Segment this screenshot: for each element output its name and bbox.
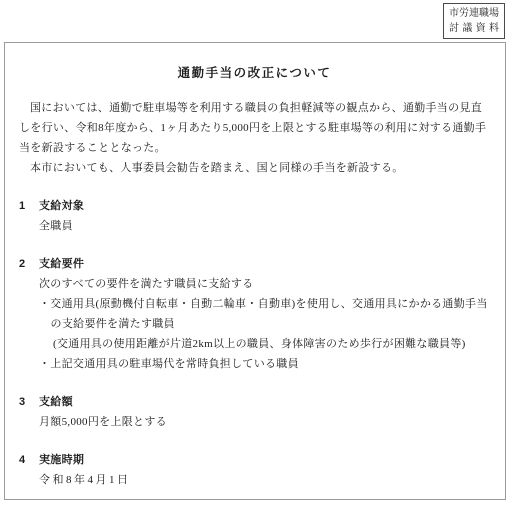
- section-heading-label: 支給額: [39, 396, 73, 408]
- section-number: 3: [19, 392, 39, 412]
- document-body: 通勤手当の改正について 国においては、通勤で駐車場等を利用する職員の負担軽減等の…: [4, 42, 506, 500]
- section-body: 令和8年4月1日: [39, 470, 490, 490]
- bullet-item: ・交通用具(原動機付自転車・自動二輪車・自動車)を使用し、交通用具にかかる通勤手…: [39, 294, 490, 334]
- section-number: 1: [19, 196, 39, 216]
- section-text-line: 月額5,000円を上限とする: [39, 412, 490, 432]
- section-payment-target: 1支給対象 全職員: [19, 196, 490, 236]
- section-heading: 2支給要件: [19, 254, 490, 274]
- section-body: 全職員: [39, 216, 490, 236]
- corner-label-line1: 市労連職場: [449, 6, 499, 21]
- parenthetical-note: (交通用具の使用距離が片道2km以上の職員、身体障害のため歩行が困難な職員等): [53, 334, 490, 354]
- document-page: 市労連職場 討議資料 通勤手当の改正について 国においては、通勤で駐車場等を利用…: [0, 0, 510, 509]
- section-implementation-date: 4実施時期 令和8年4月1日: [19, 450, 490, 490]
- corner-label-box: 市労連職場 討議資料: [443, 3, 505, 39]
- intro-paragraph-2: 本市においても、人事委員会勧告を踏まえ、国と同様の手当を新設する。: [19, 158, 490, 178]
- section-text-line: 令和8年4月1日: [39, 470, 490, 490]
- document-title: 通勤手当の改正について: [19, 65, 490, 81]
- section-number: 2: [19, 254, 39, 274]
- bullet-item: ・上記交通用具の駐車場代を常時負担している職員: [39, 354, 490, 374]
- section-number: 4: [19, 450, 39, 470]
- section-heading-label: 実施時期: [39, 454, 84, 466]
- section-payment-amount: 3支給額 月額5,000円を上限とする: [19, 392, 490, 432]
- section-heading: 3支給額: [19, 392, 490, 412]
- section-body: 次のすべての要件を満たす職員に支給する ・交通用具(原動機付自転車・自動二輪車・…: [39, 274, 490, 374]
- section-heading: 1支給対象: [19, 196, 490, 216]
- section-payment-requirements: 2支給要件 次のすべての要件を満たす職員に支給する ・交通用具(原動機付自転車・…: [19, 254, 490, 374]
- intro-paragraph-1: 国においては、通勤で駐車場等を利用する職員の負担軽減等の観点から、通勤手当の見直…: [19, 98, 490, 158]
- section-body: 月額5,000円を上限とする: [39, 412, 490, 432]
- section-heading: 4実施時期: [19, 450, 490, 470]
- section-heading-label: 支給対象: [39, 200, 84, 212]
- corner-label-line2: 討議資料: [449, 21, 499, 36]
- section-heading-label: 支給要件: [39, 258, 84, 270]
- section-text-line: 次のすべての要件を満たす職員に支給する: [39, 274, 490, 294]
- section-text-line: 全職員: [39, 216, 490, 236]
